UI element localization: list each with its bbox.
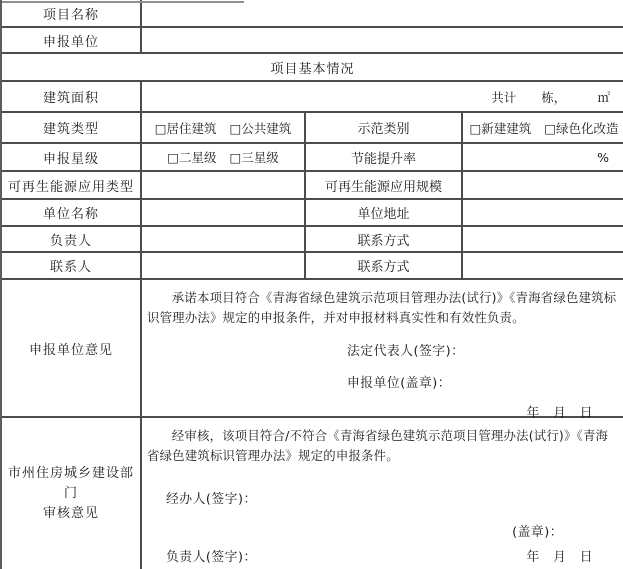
row-renewable: 可再生能源应用类型 可再生能源应用规模 xyxy=(2,172,623,200)
checkbox-green-retrofit[interactable]: □绿色化改造 xyxy=(544,119,618,137)
demo-category-options: □新建建筑 □绿色化改造 xyxy=(463,113,623,142)
applicant-unit-label: 申报单位 xyxy=(2,28,142,52)
row-star-rating: 申报星级 □二星级 □三星级 节能提升率 % xyxy=(2,144,623,172)
department-seal-label: (盖章)： xyxy=(512,521,563,540)
energy-rate-label: 节能提升率 xyxy=(306,144,463,170)
row-section-title: 项目基本情况 xyxy=(2,54,623,82)
applicant-opinion-area[interactable]: 承诺本项目符合《青海省绿色建筑示范项目管理办法(试行)》《青海省绿色建筑标识管理… xyxy=(142,280,623,416)
row-applicant-unit: 申报单位 xyxy=(2,28,623,54)
section-title: 项目基本情况 xyxy=(2,54,623,80)
star-rating-label: 申报星级 xyxy=(2,144,142,170)
checkbox-three-star[interactable]: □三星级 xyxy=(230,148,279,166)
row-building-type: 建筑类型 □居住建筑 □公共建筑 示范类别 □新建建筑 □绿色化改造 xyxy=(2,113,623,144)
unit-name-input[interactable] xyxy=(142,200,306,225)
application-form-table: 项目名称 申报单位 项目基本情况 建筑面积 共计 栋， ㎡ 建筑类型 □居住建筑… xyxy=(0,0,623,569)
building-area-label: 建筑面积 xyxy=(2,82,142,111)
row-applicant-opinion: 申报单位意见 承诺本项目符合《青海省绿色建筑示范项目管理办法(试行)》《青海省绿… xyxy=(2,280,623,418)
review-opinion-label: 市州住房城乡建设部门 审核意见 xyxy=(2,418,142,569)
building-area-units-annotation: 共计 栋， ㎡ xyxy=(491,88,623,106)
checkbox-new-construction[interactable]: □新建建筑 xyxy=(469,119,531,137)
review-result-statement: 经审核，该项目符合/不符合《青海省绿色建筑示范项目管理办法(试行)》《青海省绿色… xyxy=(147,426,618,466)
unit-address-input[interactable] xyxy=(463,200,623,225)
applicant-commitment-statement: 承诺本项目符合《青海省绿色建筑示范项目管理办法(试行)》《青海省绿色建筑标识管理… xyxy=(147,288,618,328)
review-opinion-label-line2: 审核意见 xyxy=(43,504,99,524)
row-contact-person: 联系人 联系方式 xyxy=(2,253,623,280)
applicant-unit-seal-label: 申报单位(盖章)： xyxy=(347,372,451,391)
project-name-label: 项目名称 xyxy=(2,0,142,26)
review-opinion-label-line1: 市州住房城乡建设部门 xyxy=(2,464,140,504)
row-unit-name: 单位名称 单位地址 xyxy=(2,200,623,227)
contact-method-b-label: 联系方式 xyxy=(306,253,463,278)
checkbox-public-building[interactable]: □公共建筑 xyxy=(230,119,292,137)
leader-label: 负责人 xyxy=(2,227,142,251)
contact-method-a-label: 联系方式 xyxy=(306,227,463,251)
unit-name-label: 单位名称 xyxy=(2,200,142,225)
contact-method-a-input[interactable] xyxy=(463,227,623,251)
project-name-input[interactable] xyxy=(142,0,623,26)
row-project-name: 项目名称 xyxy=(2,0,623,28)
checkbox-two-star[interactable]: □二星级 xyxy=(167,148,216,166)
review-leader-signature-label: 负责人(签字)： xyxy=(166,546,257,565)
row-review-opinion: 市州住房城乡建设部门 审核意见 经审核，该项目符合/不符合《青海省绿色建筑示范项… xyxy=(2,418,623,569)
row-building-area: 建筑面积 共计 栋， ㎡ xyxy=(2,82,623,113)
contact-method-b-input[interactable] xyxy=(463,253,623,278)
star-rating-options: □二星级 □三星级 xyxy=(142,144,306,170)
contact-person-label: 联系人 xyxy=(2,253,142,278)
renewable-type-input[interactable] xyxy=(142,172,306,198)
review-opinion-date: 年 月 日 xyxy=(527,546,593,565)
demo-category-label: 示范类别 xyxy=(306,113,463,142)
handler-signature-label: 经办人(签字)： xyxy=(166,488,257,507)
leader-input[interactable] xyxy=(142,227,306,251)
legal-representative-signature-label: 法定代表人(签字)： xyxy=(347,340,464,359)
top-border-fragment xyxy=(2,1,244,3)
renewable-scale-label: 可再生能源应用规模 xyxy=(306,172,463,198)
renewable-scale-input[interactable] xyxy=(463,172,623,198)
renewable-type-label: 可再生能源应用类型 xyxy=(2,172,142,198)
building-type-label: 建筑类型 xyxy=(2,113,142,142)
checkbox-residential-building[interactable]: □居住建筑 xyxy=(155,119,217,137)
percent-unit: % xyxy=(597,150,623,165)
unit-address-label: 单位地址 xyxy=(306,200,463,225)
energy-rate-input[interactable]: % xyxy=(463,144,623,170)
row-leader: 负责人 联系方式 xyxy=(2,227,623,253)
building-area-input[interactable]: 共计 栋， ㎡ xyxy=(142,82,623,111)
applicant-opinion-label: 申报单位意见 xyxy=(2,280,142,416)
applicant-unit-input[interactable] xyxy=(142,28,623,52)
contact-person-input[interactable] xyxy=(142,253,306,278)
review-opinion-area[interactable]: 经审核，该项目符合/不符合《青海省绿色建筑示范项目管理办法(试行)》《青海省绿色… xyxy=(142,418,623,569)
building-type-options: □居住建筑 □公共建筑 xyxy=(142,113,306,142)
